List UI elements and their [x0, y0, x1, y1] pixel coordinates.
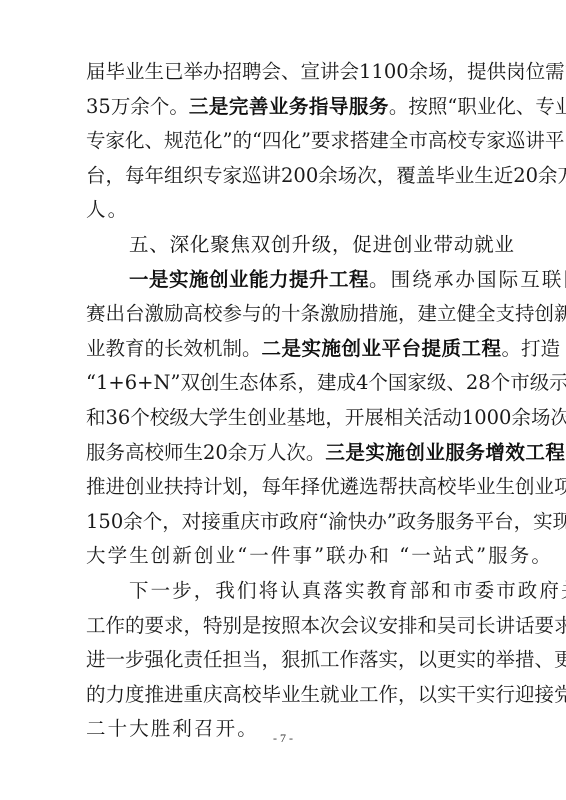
text-run: 业教育的长效机制。 — [86, 337, 262, 360]
text-line: 台，每年组织专家巡讲200余场次，覆盖毕业生近20余万 — [86, 159, 480, 194]
section-heading: 五、深化聚焦双创升级，促进创业带动就业 — [86, 228, 480, 263]
text-run: 35万余个。 — [86, 95, 189, 118]
text-line: 的力度推进重庆高校毕业生就业工作，以实干实行迎接党的 — [86, 678, 480, 713]
bold-run: 三是实施创业服务增效工程 — [325, 441, 565, 464]
text-run: 服务高校师生20余万人次。 — [86, 441, 325, 464]
text-line: 届毕业生已举办招聘会、宣讲会1100余场，提供岗位需求 — [86, 55, 480, 90]
text-line: 服务高校师生20余万人次。三是实施创业服务增效工程。 — [86, 436, 480, 471]
text-line: 进一步强化责任担当，狠抓工作落实，以更实的举措、更大 — [86, 643, 480, 678]
text-line: 人。 — [86, 193, 480, 228]
text-line: “1+6+N”双创生态体系，建成4个国家级、28个市级示范 — [86, 366, 480, 401]
document-page: 届毕业生已举办招聘会、宣讲会1100余场，提供岗位需求 35万余个。三是完善业务… — [0, 0, 566, 800]
bold-run: 一是实施创业能力提升工程 — [129, 268, 369, 291]
text-run: 。围绕承办国际互联网+大 — [369, 268, 566, 291]
page-number: - 7 - — [0, 731, 566, 746]
body-text: 届毕业生已举办招聘会、宣讲会1100余场，提供岗位需求 35万余个。三是完善业务… — [86, 55, 480, 747]
text-run: 。打造 — [502, 337, 561, 360]
text-line: 35万余个。三是完善业务指导服务。按照“职业化、专业化、 — [86, 90, 480, 125]
text-line: 推进创业扶持计划，每年择优遴选帮扶高校毕业生创业项目 — [86, 470, 480, 505]
text-line: 专家化、规范化”的“四化”要求搭建全市高校专家巡讲平 — [86, 124, 480, 159]
text-line: 业教育的长效机制。二是实施创业平台提质工程。打造 — [86, 332, 480, 367]
text-line: 大学生创新创业“一件事”联办和 “一站式”服务。 — [86, 539, 480, 574]
text-line: 和36个校级大学生创业基地，开展相关活动1000余场次， — [86, 401, 480, 436]
text-line: 工作的要求，特别是按照本次会议安排和吴司长讲话要求， — [86, 609, 480, 644]
text-line: 150余个，对接重庆市政府“渝快办”政务服务平台，实现 — [86, 505, 480, 540]
text-line: 下一步，我们将认真落实教育部和市委市政府关于就业 — [86, 574, 480, 609]
text-line: 一是实施创业能力提升工程。围绕承办国际互联网+大 — [86, 263, 480, 298]
text-line: 赛出台激励高校参与的十条激励措施，建立健全支持创新创 — [86, 297, 480, 332]
bold-run: 二是实施创业平台提质工程 — [262, 337, 502, 360]
bold-run: 三是完善业务指导服务 — [189, 95, 389, 118]
text-run: 。按照“职业化、专业化、 — [389, 95, 566, 118]
